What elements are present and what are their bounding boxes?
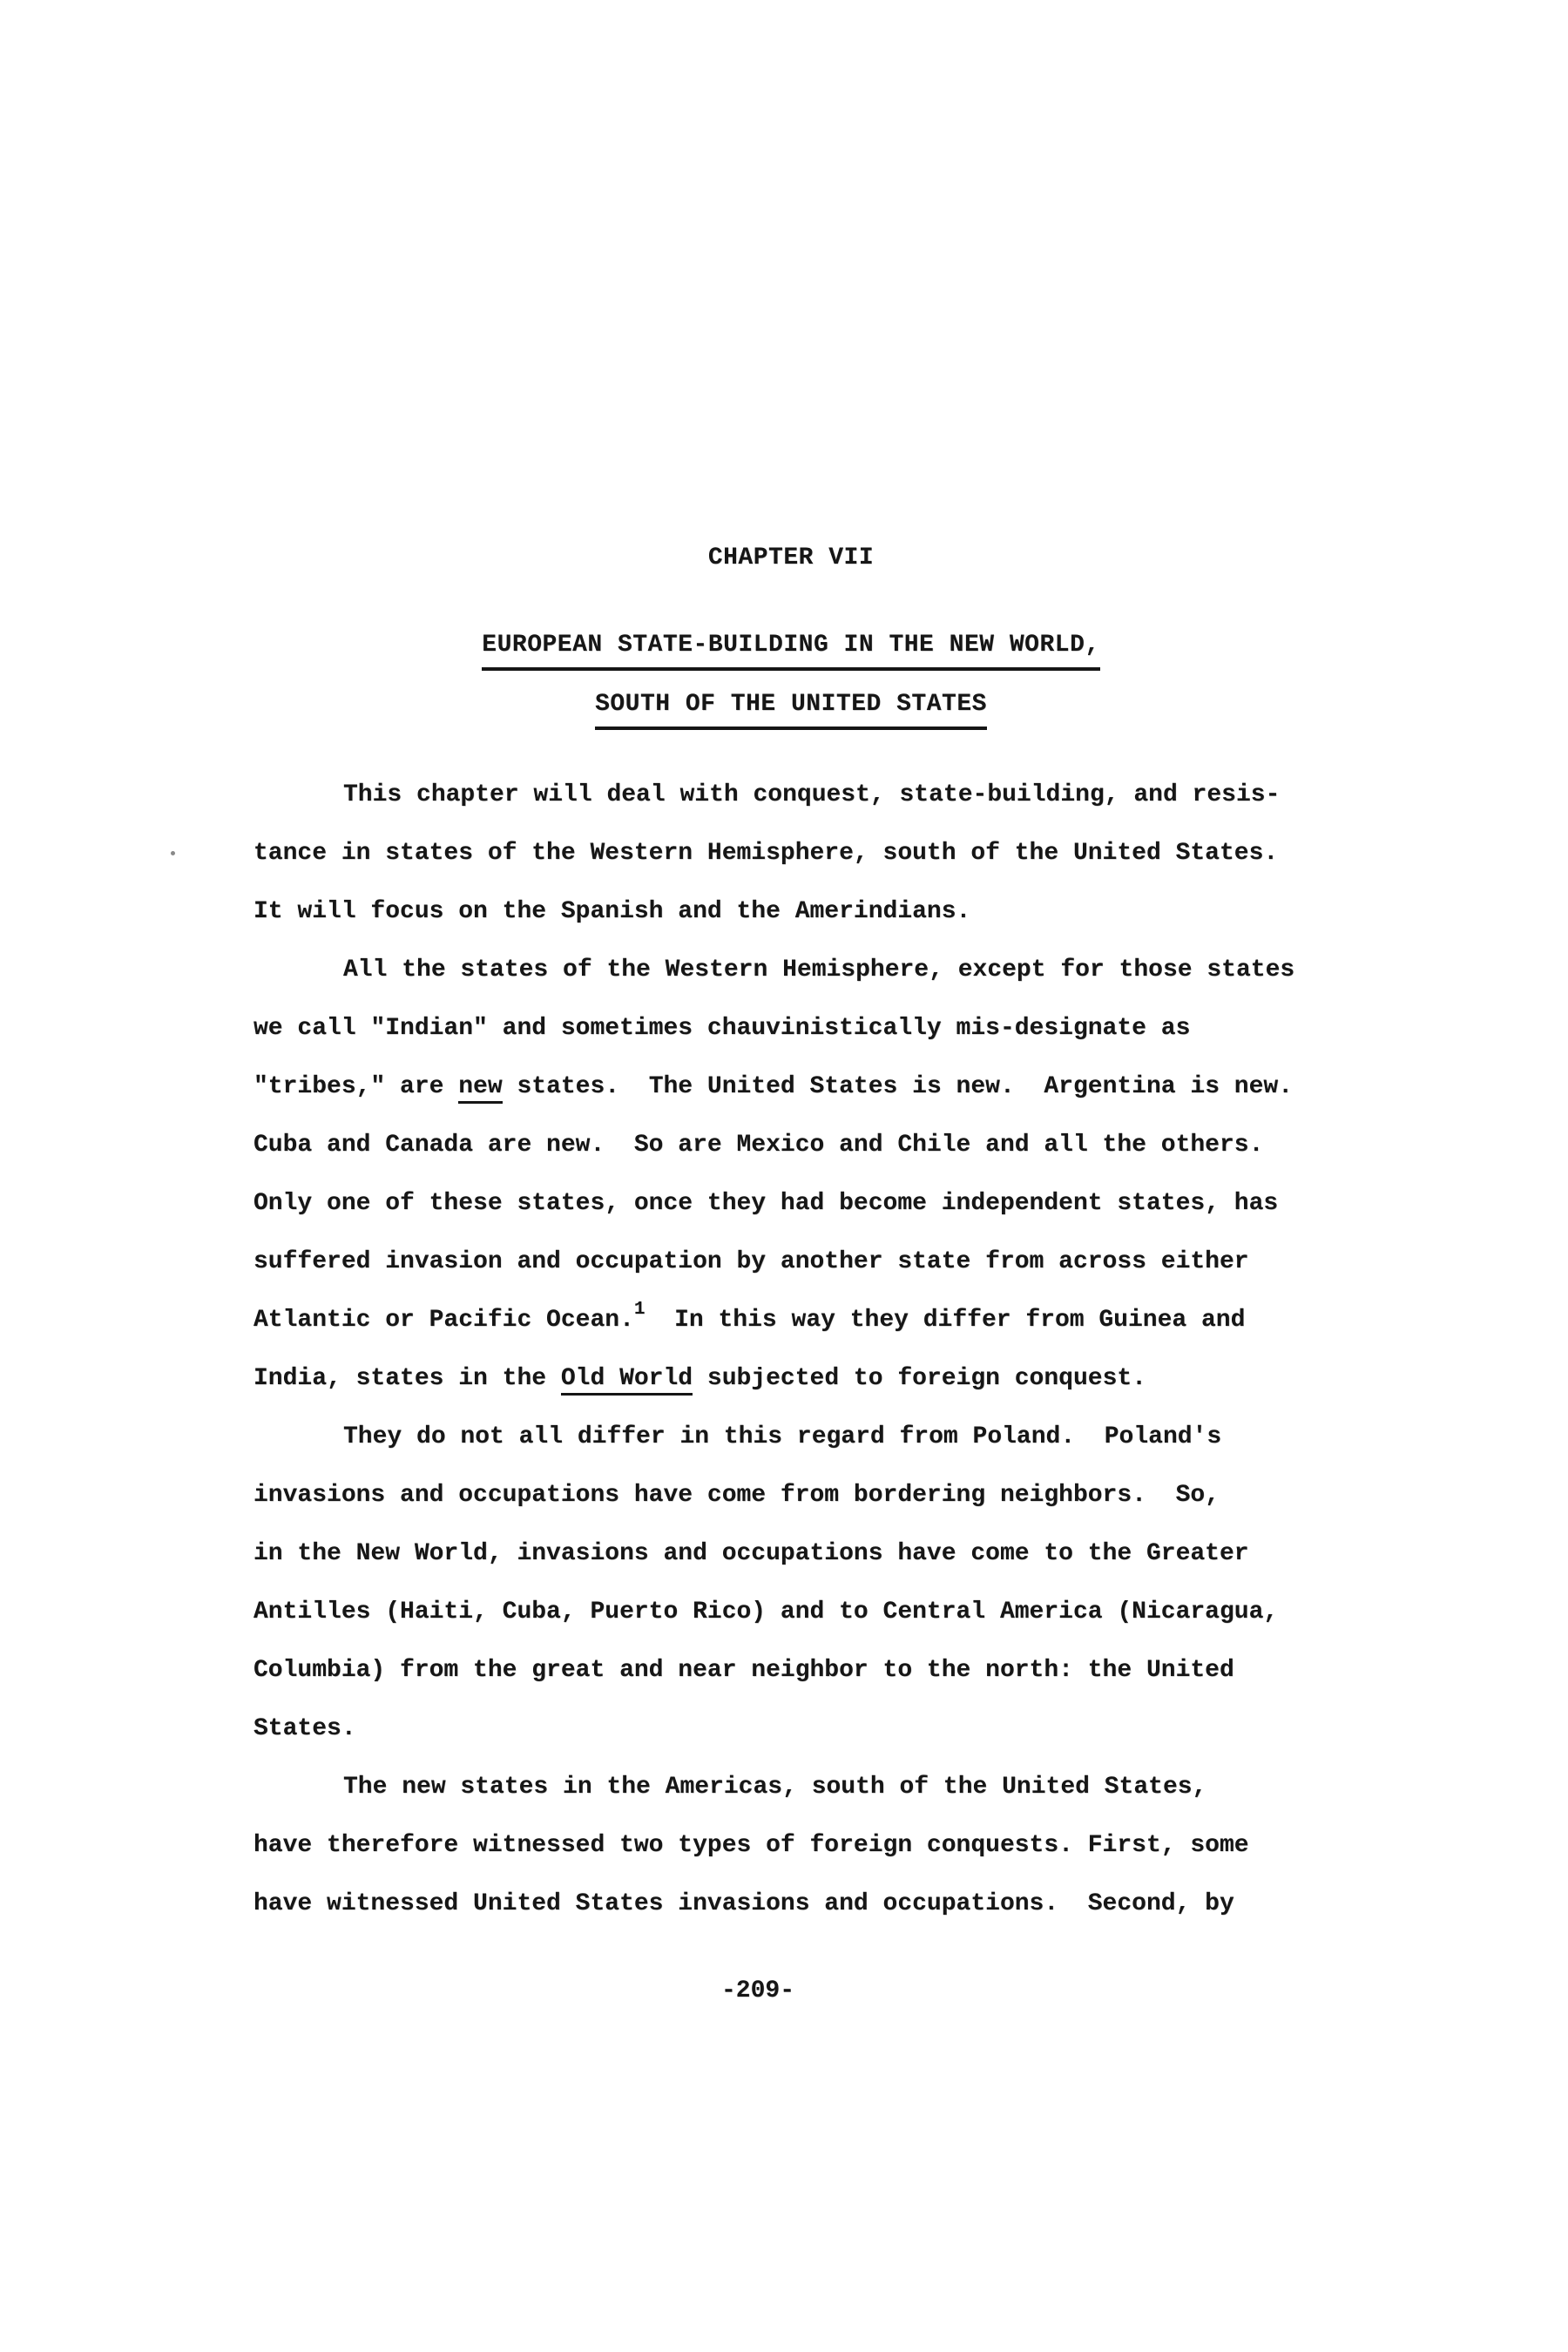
text-line: we call "Indian" and sometimes chauvinis… <box>253 999 1351 1058</box>
text-line: in the New World, invasions and occupati… <box>253 1524 1351 1583</box>
text-line: invasions and occupations have come from… <box>253 1466 1351 1524</box>
text-line: It will focus on the Spanish and the Ame… <box>253 882 1351 941</box>
text-segment: In this way they differ from Guinea and <box>645 1307 1245 1334</box>
text-line: tance in states of the Western Hemispher… <box>253 824 1351 882</box>
title-line-2: SOUTH OF THE UNITED STATES <box>595 688 987 730</box>
text-segment: invasions and occupations have come from… <box>253 1482 1220 1509</box>
text-line: Antilles (Haiti, Cuba, Puerto Rico) and … <box>253 1583 1351 1641</box>
text-line: Only one of these states, once they had … <box>253 1174 1351 1233</box>
text-segment: we call "Indian" and sometimes chauvinis… <box>253 1015 1190 1042</box>
text-segment: Atlantic or Pacific Ocean. <box>253 1307 634 1334</box>
title-line-1: EUROPEAN STATE-BUILDING IN THE NEW WORLD… <box>482 629 1099 671</box>
text-segment: have witnessed United States invasions a… <box>253 1890 1234 1917</box>
text-segment: suffered invasion and occupation by anot… <box>253 1248 1249 1275</box>
document-subtitle: SOUTH OF THE UNITED STATES <box>14 688 1568 730</box>
body-text: This chapter will deal with conquest, st… <box>253 766 1351 1933</box>
text-line: They do not all differ in this regard fr… <box>253 1408 1351 1466</box>
text-segment: in the New World, invasions and occupati… <box>253 1540 1249 1567</box>
text-line: The new states in the Americas, south of… <box>253 1758 1351 1816</box>
text-line: Atlantic or Pacific Ocean.1 In this way … <box>253 1291 1351 1349</box>
text-line: India, states in the Old World subjected… <box>253 1349 1351 1408</box>
scan-artifact-dot <box>171 851 175 855</box>
text-segment: Only one of these states, once they had … <box>253 1190 1278 1217</box>
document-page: CHAPTER VII EUROPEAN STATE-BUILDING IN T… <box>0 0 1568 2352</box>
text-line: have therefore witnessed two types of fo… <box>253 1816 1351 1875</box>
text-line: This chapter will deal with conquest, st… <box>253 766 1351 824</box>
text-segment: "tribes," are <box>253 1073 458 1100</box>
text-line: "tribes," are new states. The United Sta… <box>253 1058 1351 1116</box>
underlined-text: new <box>458 1073 502 1104</box>
text-segment: subjected to foreign conquest. <box>693 1365 1146 1392</box>
text-segment: All the states of the Western Hemisphere… <box>343 956 1294 983</box>
text-segment: It will focus on the Spanish and the Ame… <box>253 898 970 925</box>
text-segment: States. <box>253 1715 356 1742</box>
text-segment: India, states in the <box>253 1365 561 1392</box>
text-segment: Antilles (Haiti, Cuba, Puerto Rico) and … <box>253 1598 1278 1625</box>
text-segment: The new states in the Americas, south of… <box>343 1774 1206 1801</box>
chapter-heading: CHAPTER VII <box>14 542 1568 575</box>
text-segment: Cuba and Canada are new. So are Mexico a… <box>253 1132 1263 1159</box>
text-segment: states. The United States is new. Argent… <box>503 1073 1293 1100</box>
footnote-ref: 1 <box>634 1300 645 1320</box>
text-line: All the states of the Western Hemisphere… <box>253 941 1351 999</box>
text-line: have witnessed United States invasions a… <box>253 1875 1351 1933</box>
text-line: suffered invasion and occupation by anot… <box>253 1233 1351 1291</box>
text-line: States. <box>253 1700 1351 1758</box>
text-segment: tance in states of the Western Hemispher… <box>253 840 1278 867</box>
text-line: Columbia) from the great and near neighb… <box>253 1641 1351 1700</box>
text-segment: Columbia) from the great and near neighb… <box>253 1657 1234 1684</box>
document-title: EUROPEAN STATE-BUILDING IN THE NEW WORLD… <box>14 629 1568 671</box>
text-segment: They do not all differ in this regard fr… <box>343 1423 1221 1450</box>
page-number: -209- <box>0 1974 1516 2009</box>
underlined-text: Old World <box>561 1365 693 1396</box>
text-segment: This chapter will deal with conquest, st… <box>343 781 1280 808</box>
text-segment: have therefore witnessed two types of fo… <box>253 1832 1249 1859</box>
text-line: Cuba and Canada are new. So are Mexico a… <box>253 1116 1351 1174</box>
